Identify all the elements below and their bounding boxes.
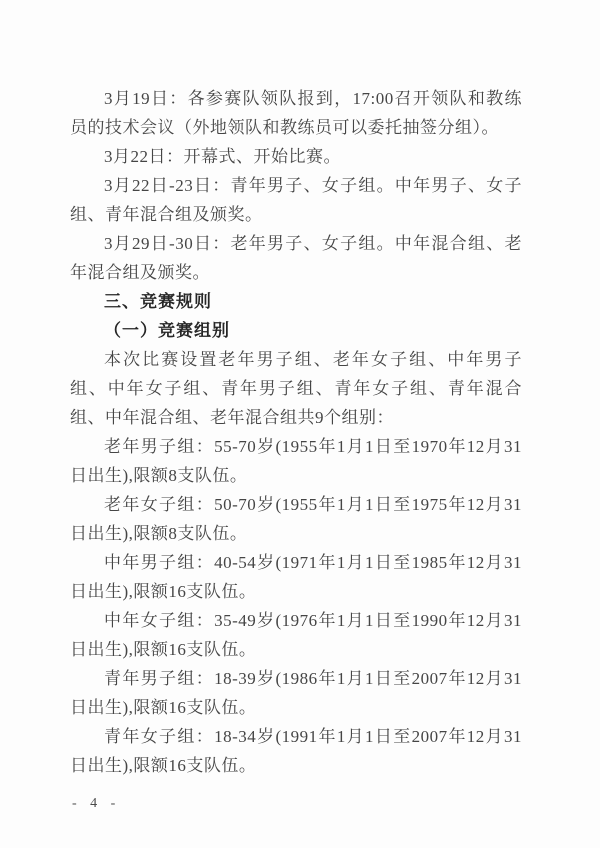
paragraph-group-senior-women: 老年女子组：50-70岁(1955年1月1日至1975年12月31日出生),限额…	[70, 490, 522, 548]
paragraph-group-youth-women: 青年女子组：18-34岁(1991年1月1日至2007年12月31日出生),限额…	[70, 722, 522, 780]
paragraph-schedule-mar29-30: 3月29日-30日：老年男子、女子组。中年混合组、老年混合组及颁奖。	[70, 229, 522, 287]
paragraph-schedule-mar22-23: 3月22日-23日：青年男子、女子组。中年男子、女子组、青年混合组及颁奖。	[70, 171, 522, 229]
paragraph-groups-overview: 本次比赛设置老年男子组、老年女子组、中年男子组、中年女子组、青年男子组、青年女子…	[70, 345, 522, 432]
section-heading-competition-rules: 三、竞赛规则	[70, 287, 522, 316]
paragraph-schedule-mar22: 3月22日：开幕式、开始比赛。	[70, 142, 522, 171]
section-heading-competition-groups: （一）竞赛组别	[70, 316, 522, 345]
page-number: - 4 -	[72, 796, 120, 812]
paragraph-group-senior-men: 老年男子组：55-70岁(1955年1月1日至1970年12月31日出生),限额…	[70, 432, 522, 490]
paragraph-group-middle-men: 中年男子组：40-54岁(1971年1月1日至1985年12月31日出生),限额…	[70, 548, 522, 606]
paragraph-group-youth-men: 青年男子组：18-39岁(1986年1月1日至2007年12月31日出生),限额…	[70, 664, 522, 722]
paragraph-group-middle-women: 中年女子组：35-49岁(1976年1月1日至1990年12月31日出生),限额…	[70, 606, 522, 664]
paragraph-schedule-mar19: 3月19日：各参赛队领队报到，17:00召开领队和教练员的技术会议（外地领队和教…	[70, 84, 522, 142]
page-content: 3月19日：各参赛队领队报到，17:00召开领队和教练员的技术会议（外地领队和教…	[70, 84, 522, 780]
document-page: 3月19日：各参赛队领队报到，17:00召开领队和教练员的技术会议（外地领队和教…	[0, 0, 600, 848]
